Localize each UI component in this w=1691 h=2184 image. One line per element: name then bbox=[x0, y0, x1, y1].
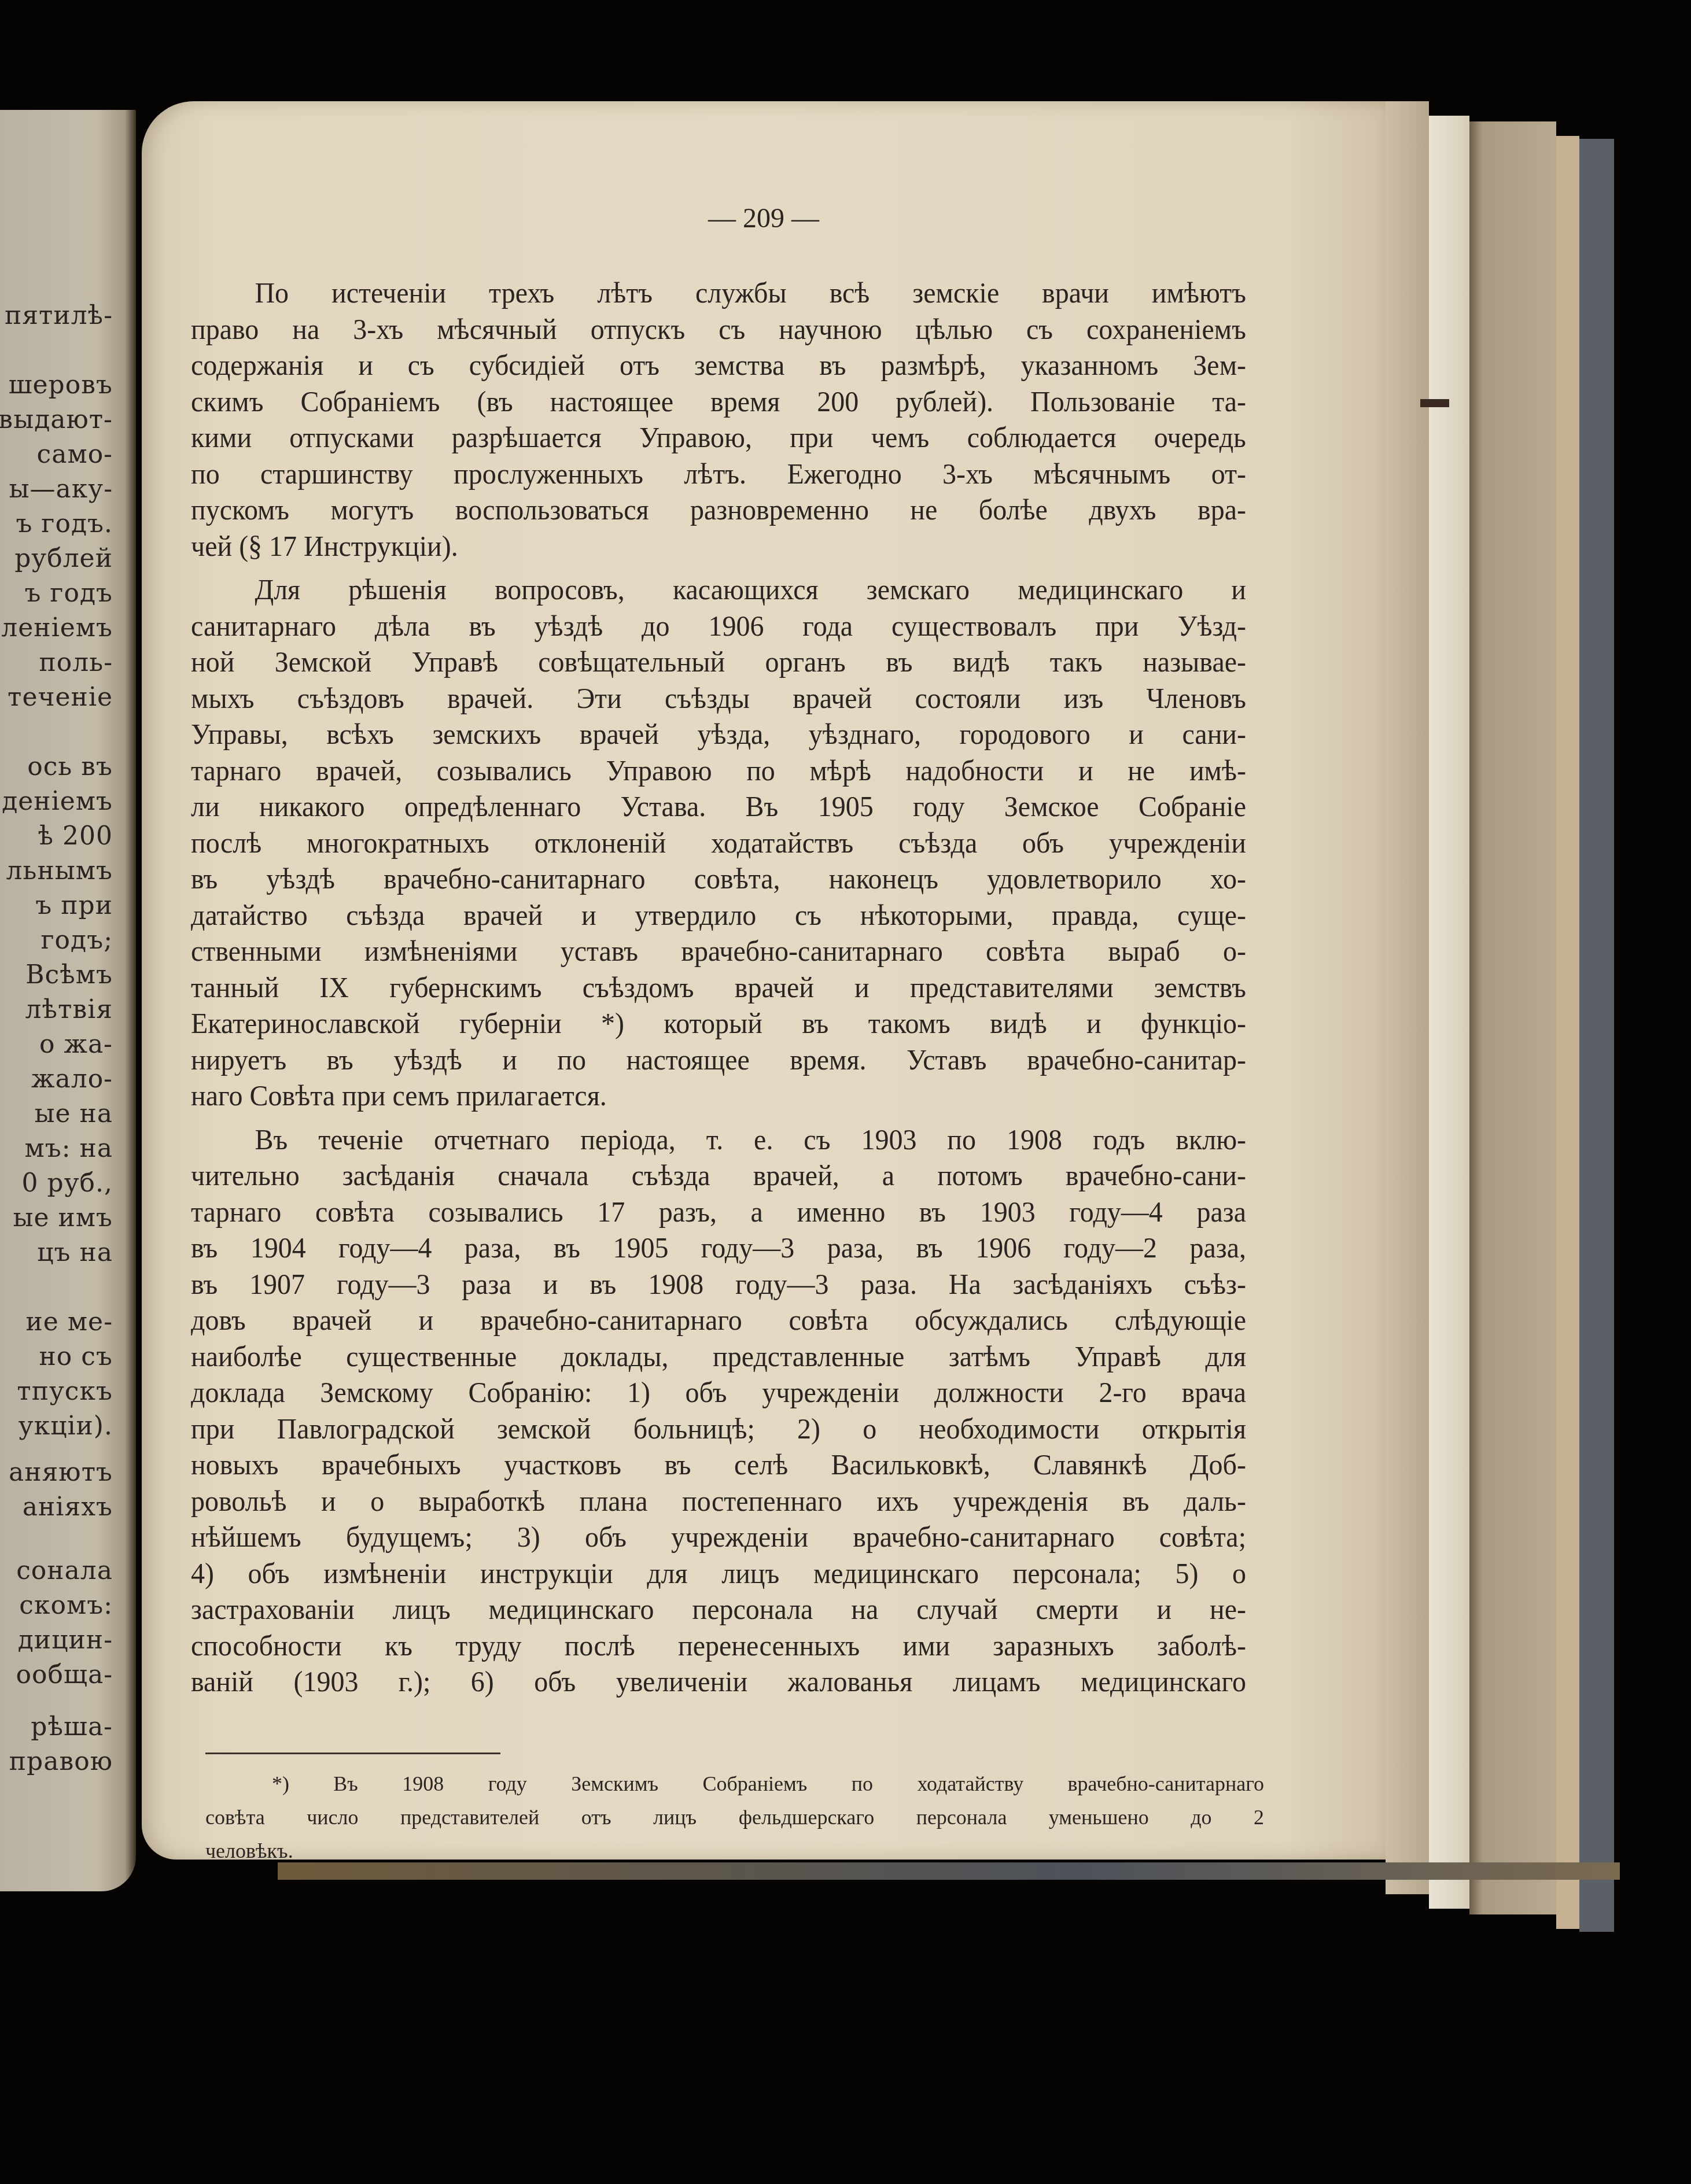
footnote: *) Въ 1908 году Земскимъ Собраніемъ по х… bbox=[205, 1767, 1264, 1868]
previous-page-line: о жа- bbox=[39, 1030, 113, 1059]
previous-page-fragment: пятилѣ-шеровъвыдают-само-ы—аку-ъ годъ.ру… bbox=[0, 110, 136, 1891]
text-line: тарнаго совѣта созывались 17 разъ, а име… bbox=[191, 1194, 1246, 1230]
previous-page-line: ообща- bbox=[16, 1660, 113, 1689]
previous-page-line: ось въ bbox=[27, 752, 113, 781]
text-line: въ 1907 году—3 раза и въ 1908 году—3 раз… bbox=[191, 1266, 1246, 1303]
text-line: танный IX губернскимъ съѣздомъ врачей и … bbox=[191, 969, 1246, 1006]
previous-page-line: Всѣмъ bbox=[25, 960, 113, 990]
text-line: ной Земской Управѣ совѣщательный органъ … bbox=[191, 644, 1246, 680]
previous-page-line: но съ bbox=[39, 1342, 113, 1371]
text-line: въ 1904 году—4 раза, въ 1905 году—3 раза… bbox=[191, 1230, 1246, 1266]
text-line: По истеченіи трехъ лѣтъ службы всѣ земск… bbox=[191, 275, 1246, 311]
text-line: ваній (1903 г.); 6) объ увеличеніи жалов… bbox=[191, 1663, 1246, 1700]
text-line: способности къ труду послѣ перенесенныхъ… bbox=[191, 1628, 1246, 1664]
text-line: кими отпусками разрѣшается Управою, при … bbox=[191, 419, 1246, 456]
text-line: наго Совѣта при семъ прилагается. bbox=[191, 1078, 1246, 1114]
text-line: наиболѣе существенные доклады, представл… bbox=[191, 1338, 1246, 1375]
footnote-divider bbox=[205, 1753, 500, 1754]
previous-page-line: поль- bbox=[39, 648, 113, 677]
footnote-line: совѣта число представителей отъ лицъ фел… bbox=[205, 1801, 1264, 1834]
text-line: мыхъ съѣздовъ врачей. Эти съѣзды врачей … bbox=[191, 680, 1246, 717]
paragraph: Въ теченіе отчетнаго періода, т. е. съ 1… bbox=[191, 1121, 1246, 1700]
previous-page-line: 0 руб., bbox=[22, 1168, 113, 1198]
text-line: при Павлоградской земской больницѣ; 2) о… bbox=[191, 1411, 1246, 1447]
previous-page-line: льнымъ bbox=[6, 856, 113, 886]
text-line: тарнаго врачей, созывались Управою по мѣ… bbox=[191, 752, 1246, 789]
previous-page-line: правою bbox=[9, 1747, 113, 1776]
text-line: чей (§ 17 Инструкціи). bbox=[191, 528, 1246, 565]
paragraph: Для рѣшенія вопросовъ, касающихся земска… bbox=[191, 571, 1246, 1114]
previous-page-line: рѣша- bbox=[31, 1712, 113, 1742]
paragraph: По истеченіи трехъ лѣтъ службы всѣ земск… bbox=[191, 275, 1246, 564]
text-line: скимъ Собраніемъ (въ настоящее время 200… bbox=[191, 383, 1246, 420]
text-line: послѣ многократныхъ отклоненій ходатайст… bbox=[191, 825, 1246, 861]
previous-page-line: годъ; bbox=[41, 925, 113, 955]
previous-page-line: ъ при bbox=[35, 891, 113, 920]
text-line: Для рѣшенія вопросовъ, касающихся земска… bbox=[191, 571, 1246, 608]
page-edges bbox=[1386, 101, 1429, 1894]
text-line: по старшинству прослуженныхъ лѣтъ. Ежего… bbox=[191, 456, 1246, 492]
text-line: ственными измѣненіями уставъ врачебно-са… bbox=[191, 933, 1246, 969]
previous-page-line: лѣтвія bbox=[25, 995, 113, 1024]
text-line: въ уѣздѣ врачебно-санитарнаго совѣта, на… bbox=[191, 861, 1246, 897]
text-line: содержанія и съ субсидіей отъ земства въ… bbox=[191, 347, 1246, 383]
book-page: — 209 — По истеченіи трехъ лѣтъ службы в… bbox=[142, 101, 1386, 1860]
text-line: ровольѣ и о выработкѣ плана постепеннаго… bbox=[191, 1483, 1246, 1519]
text-line: доклада Земскому Собранію: 1) объ учрежд… bbox=[191, 1374, 1246, 1411]
text-line: Управы, всѣхъ земскихъ врачей уѣзда, уѣз… bbox=[191, 716, 1246, 752]
text-line: Екатеринославской губерніи *) который въ… bbox=[191, 1005, 1246, 1042]
previous-page-line: ые на bbox=[34, 1099, 113, 1128]
previous-page-line: ѣ 200 bbox=[38, 821, 113, 851]
previous-page-line: мъ: на bbox=[24, 1134, 113, 1163]
previous-page-line: пятилѣ- bbox=[5, 301, 113, 330]
previous-page-line: выдают- bbox=[0, 405, 113, 434]
previous-page-line: рублей bbox=[14, 544, 113, 573]
previous-page-line: дицин- bbox=[18, 1625, 113, 1655]
previous-page-line: шеровъ bbox=[9, 370, 113, 400]
previous-page-line: теченіе bbox=[8, 682, 113, 712]
text-line: 4) объ измѣненіи инструкціи для лицъ мед… bbox=[191, 1555, 1246, 1592]
previous-page-line: ые имъ bbox=[13, 1203, 113, 1233]
previous-page-line: ъ годъ. bbox=[16, 509, 113, 538]
footnote-line: человѣкъ. bbox=[205, 1834, 1264, 1868]
previous-page-line: ы—аку- bbox=[9, 474, 113, 504]
page-number: — 209 — bbox=[142, 202, 1386, 234]
slip-mark bbox=[1420, 399, 1449, 407]
previous-page-line: ъ годъ bbox=[24, 578, 113, 608]
book-cover-edge bbox=[1579, 139, 1614, 1932]
body-text: По истеченіи трехъ лѣтъ службы всѣ земск… bbox=[191, 275, 1246, 1707]
text-line: пускомъ могутъ воспользоваться разноврем… bbox=[191, 492, 1246, 528]
previous-page-line: само- bbox=[37, 440, 113, 469]
previous-page-line: ленiемъ bbox=[1, 613, 113, 643]
previous-page-line: тпускъ bbox=[17, 1377, 113, 1406]
page-block-edge bbox=[1469, 121, 1556, 1914]
text-line: довъ врачей и врачебно-санитарнаго совѣт… bbox=[191, 1302, 1246, 1338]
footnote-line: *) Въ 1908 году Земскимъ Собраніемъ по х… bbox=[205, 1767, 1264, 1801]
previous-page-line: ие ме- bbox=[26, 1307, 113, 1337]
text-line: ли никакого опредѣленнаго Устава. Въ 190… bbox=[191, 788, 1246, 825]
text-line: право на 3-хъ мѣсячный отпускъ съ научно… bbox=[191, 311, 1246, 348]
text-line: новыхъ врачебныхъ участковъ въ селѣ Васи… bbox=[191, 1447, 1246, 1483]
endpaper-edge bbox=[1556, 136, 1579, 1929]
inserted-slip bbox=[1429, 116, 1469, 1909]
text-line: застрахованіи лицъ медицинскаго персонал… bbox=[191, 1591, 1246, 1628]
text-line: чительно засѣданія сначала съѣзда врачей… bbox=[191, 1157, 1246, 1194]
text-line: нѣйшемъ будущемъ; 3) объ учрежденіи врач… bbox=[191, 1519, 1246, 1555]
previous-page-line: деніемъ bbox=[2, 787, 113, 816]
text-line: Въ теченіе отчетнаго періода, т. е. съ 1… bbox=[191, 1121, 1246, 1158]
previous-page-line: укціи). bbox=[19, 1411, 113, 1441]
previous-page-line: аніяхъ bbox=[23, 1492, 113, 1522]
text-line: нируетъ въ уѣздѣ и по настоящее время. У… bbox=[191, 1042, 1246, 1078]
text-line: санитарнаго дѣла въ уѣздѣ до 1906 года с… bbox=[191, 608, 1246, 644]
previous-page-line: сонала bbox=[16, 1556, 113, 1585]
previous-page-line: цъ на bbox=[37, 1238, 113, 1267]
previous-page-line: аняютъ bbox=[9, 1458, 113, 1487]
previous-page-line: скомъ: bbox=[19, 1591, 113, 1620]
previous-page-line: жало- bbox=[31, 1064, 113, 1094]
text-line: датайство съѣзда врачей и утвердило съ н… bbox=[191, 897, 1246, 934]
